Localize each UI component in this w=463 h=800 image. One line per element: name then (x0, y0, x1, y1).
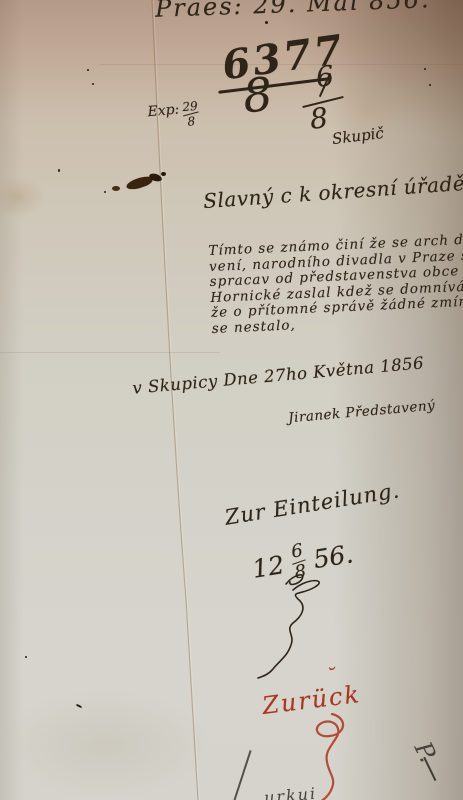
body-paragraph: Tímto se známo činí že se arch du- vení,… (208, 232, 463, 337)
date-fraction-top: 6 (290, 542, 304, 562)
ink-blot (161, 172, 166, 176)
date-year: 56. (311, 539, 355, 574)
paper-speck (104, 191, 106, 193)
paper-speck (429, 84, 431, 86)
expedit-note: Exp: 29 8 (147, 100, 200, 132)
paper-speck (424, 68, 426, 70)
paper-stain (0, 690, 210, 800)
expedit-fraction-bottom: 8 (187, 116, 196, 129)
paper-speck (58, 169, 60, 172)
expedit-fraction: 29 8 (182, 100, 200, 129)
crease-horizontal-mid (0, 352, 220, 353)
paper-speck (265, 21, 268, 24)
big-eight: 8 (240, 67, 275, 124)
expedit-label: Exp: (147, 101, 180, 120)
fraction-six: 6 (314, 59, 335, 94)
paper-speck (25, 656, 27, 658)
ink-blot (112, 186, 120, 191)
fraction-eight: 8 (308, 101, 329, 136)
document-photo: Praes: 29. Mai 856. 6377 Exp: 29 8 8 6 8… (0, 0, 463, 800)
paper-speck (87, 69, 89, 71)
paper-speck (92, 83, 94, 85)
paraph-flourish (238, 572, 338, 680)
